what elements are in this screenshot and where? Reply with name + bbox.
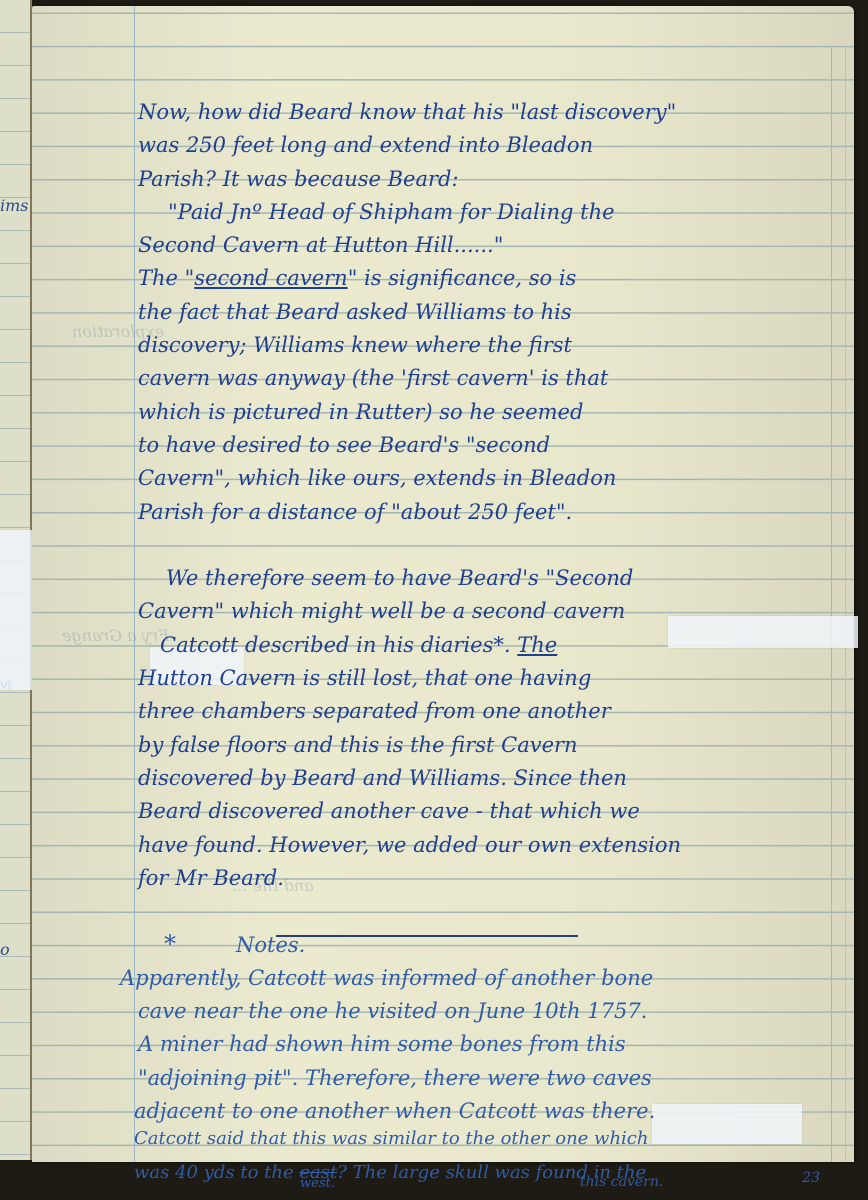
text-line: for Mr Beard. — [138, 862, 818, 895]
note-line: cave near the one he visited on June 10t… — [138, 995, 818, 1028]
taped-correction-text: a second cavern — [453, 599, 626, 623]
paragraph-1: Now, how did Beard know that his "last d… — [138, 96, 818, 529]
continuation-text: this cavern. — [580, 1174, 663, 1190]
text-line: cavern was anyway (the 'first cavern' is… — [138, 362, 818, 395]
text-line: We therefore seem to have Beard's "Secon… — [138, 562, 818, 595]
taped-correction-text: Catcott — [138, 633, 238, 657]
notes-heading-line: *Notes. — [138, 928, 818, 961]
text-line: Parish? It was because Beard: — [138, 163, 818, 196]
handwritten-body: Now, how did Beard know that his "last d… — [138, 96, 818, 1195]
text-line: which is pictured in Rutter) so he seeme… — [138, 396, 818, 429]
page-edge — [831, 46, 832, 1162]
text-line: Second Cavern at Hutton Hill......" — [138, 229, 818, 262]
notes-section: *Notes. Apparently, Catcott was informed… — [138, 928, 818, 1194]
note-line: was 40 yds to the east? The large skull … — [134, 1162, 818, 1195]
note-line: "adjoining pit". Therefore, there were t… — [138, 1062, 818, 1095]
tape-strip-edge — [0, 530, 34, 690]
taped-correction-text: was there. — [544, 1099, 655, 1123]
paragraph-2: We therefore seem to have Beard's "Secon… — [138, 562, 818, 895]
asterisk-icon: * — [164, 930, 176, 958]
text-line: Cavern" which might well be a second cav… — [138, 595, 818, 628]
correction-annotation: west. — [300, 1176, 335, 1191]
text-line: discovery; Williams knew where the first — [138, 329, 818, 362]
text-line: the fact that Beard asked Williams to hi… — [138, 296, 818, 329]
text-line: have found. However, we added our own ex… — [138, 829, 818, 862]
text-line-underlined-phrase: The "second cavern" is significance, so … — [138, 262, 818, 295]
text-line: by false floors and this is the first Ca… — [138, 729, 818, 762]
text-line: was 250 feet long and extend into Bleado… — [138, 129, 818, 162]
text-line: to have desired to see Beard's "second — [138, 429, 818, 462]
text-line: Hutton Cavern is still lost, that one ha… — [138, 662, 818, 695]
notes-heading: Notes. — [236, 933, 305, 957]
text-line: Cavern", which like ours, extends in Ble… — [138, 462, 818, 495]
taped-correction-text: one which — [555, 1128, 648, 1149]
text-line: discovered by Beard and Williams. Since … — [138, 762, 818, 795]
note-line: Catcott said that this was similar to th… — [134, 1128, 818, 1161]
left-page-fragment: ims — [0, 196, 29, 215]
page-number: 23 — [802, 1170, 820, 1186]
underlined-phrase: second cavern — [194, 266, 347, 290]
text-line-quote: "Paid Jnº Head of Shipham for Dialing th… — [138, 196, 818, 229]
note-line: adjacent to one another when Catcott was… — [134, 1095, 818, 1128]
note-line: Apparently, Catcott was informed of anot… — [120, 962, 818, 995]
page-edge — [845, 46, 846, 1162]
underlined-word: The — [517, 633, 557, 657]
text-line: Parish for a distance of "about 250 feet… — [138, 496, 818, 529]
note-line: A miner had shown him some bones from th… — [138, 1028, 818, 1061]
text-line: Now, how did Beard know that his "last d… — [138, 96, 818, 129]
text-line: three chambers separated from one anothe… — [138, 695, 818, 728]
text-line: Catcott described in his diaries*. The — [138, 629, 818, 662]
left-page-fragment: o — [0, 940, 10, 959]
text-line: Beard discovered another cave - that whi… — [138, 795, 818, 828]
